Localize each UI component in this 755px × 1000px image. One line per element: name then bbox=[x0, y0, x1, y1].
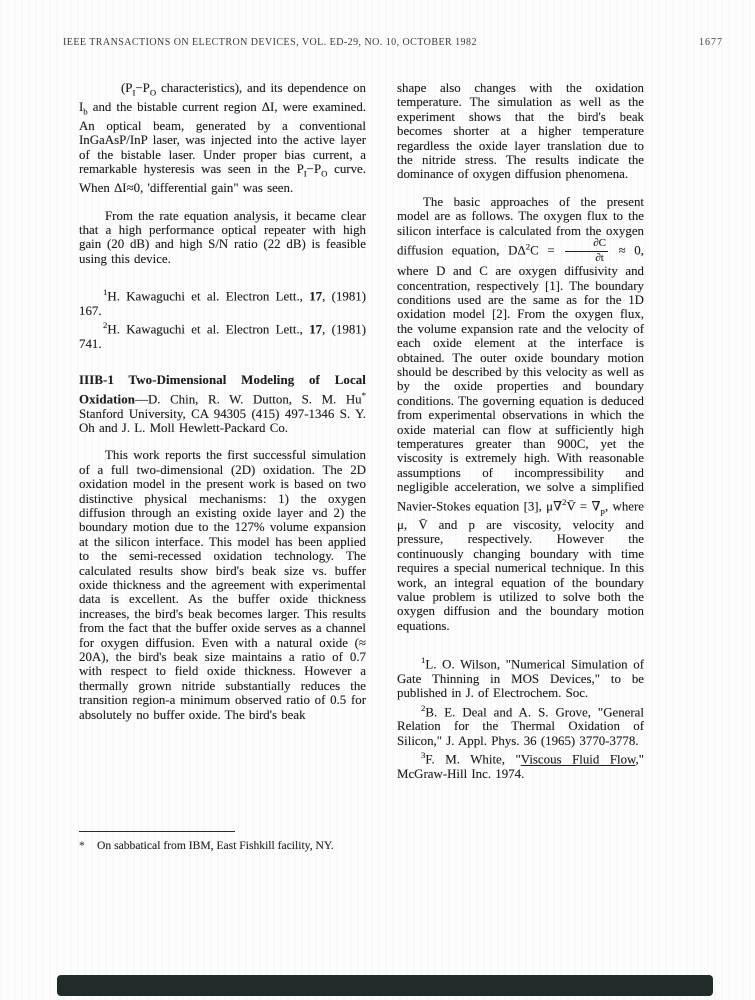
scan-artifact-bar bbox=[57, 975, 713, 996]
page-number: 1677 bbox=[699, 37, 723, 48]
journal-title: IEEE TRANSACTIONS ON ELECTRON DEVICES, V… bbox=[63, 37, 477, 48]
abstract-paragraph: This work reports the first successful s… bbox=[79, 448, 366, 722]
reference-item: 3F. M. White, "Viscous Fluid Flow," McGr… bbox=[397, 748, 644, 781]
abstract-paragraph: From the rate equation analysis, it beca… bbox=[79, 209, 366, 267]
abstract-continuation-paragraph: shape also changes with the oxidation te… bbox=[397, 81, 644, 182]
footnote: * On sabbatical from IBM, East Fishkill … bbox=[79, 831, 379, 852]
reference-item: 2B. E. Deal and A. S. Grove, "General Re… bbox=[397, 701, 644, 749]
left-column: (PI−PO characteristics), and its depende… bbox=[79, 81, 366, 722]
page-header: IEEE TRANSACTIONS ON ELECTRON DEVICES, V… bbox=[63, 37, 723, 48]
reference-item: 2H. Kawaguchi et al. Electron Lett., 17,… bbox=[79, 318, 366, 351]
reference-item: 1L. O. Wilson, "Numerical Simulation of … bbox=[397, 653, 644, 701]
abstract-continuation-paragraph: (PI−PO characteristics), and its depende… bbox=[79, 81, 366, 196]
footnote-text: On sabbatical from IBM, East Fishkill fa… bbox=[97, 839, 379, 852]
footnote-rule bbox=[79, 831, 235, 832]
abstract-paragraph: The basic approaches of the present mode… bbox=[397, 195, 644, 633]
scanned-paper-page: IEEE TRANSACTIONS ON ELECTRON DEVICES, V… bbox=[0, 0, 755, 1000]
reference-item: 1H. Kawaguchi et al. Electron Lett., 17,… bbox=[79, 285, 366, 318]
right-column: shape also changes with the oxidation te… bbox=[397, 81, 644, 781]
footnote-marker: * bbox=[79, 839, 97, 852]
section-heading: IIIB-1 Two-Dimensional Modeling of Local… bbox=[79, 373, 366, 435]
